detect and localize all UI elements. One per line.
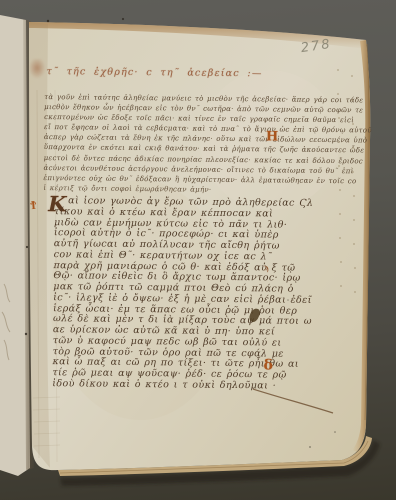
main-text-block: αὶ ἰϲον γωνὸϲ ἀγ ἔρω τῶν πρὸ ἀληθερείαϲ … (52, 196, 261, 392)
upper-text-block: τὰ γοῦν ἐπὶ ταύτηϲ ἀληθείαϲ μανύειϲ τὸ μ… (43, 92, 338, 196)
margin-eta-ornament: Η (266, 129, 278, 144)
margin-squiggle-mark: ϡ (263, 263, 268, 273)
folio-number: 278 (300, 37, 333, 56)
margin-cross-mark: Ϯ (29, 198, 37, 214)
margin-delta-ornament: δ (263, 357, 273, 373)
manuscript-photo: 278 τ῀ τῆϲ ἐχθρῆϲ· ϲ τη῀ ἀϲεβείαϲ :— τὰ … (0, 0, 396, 500)
chapter-heading-rubric: τ῀ τῆϲ ἐχθρῆϲ· ϲ τη῀ ἀϲεβείαϲ :— (47, 66, 263, 79)
manuscript-text-line: ἰδοὺ δίκου καὶ ὁ κτέο ι τ οὐκὶ δηλοῦμαι … (52, 379, 259, 392)
page-text-layer: 278 τ῀ τῆϲ ἐχθρῆϲ· ϲ τη῀ ἀϲεβείαϲ :— τὰ … (0, 0, 396, 500)
rubric-smudge (28, 59, 45, 79)
